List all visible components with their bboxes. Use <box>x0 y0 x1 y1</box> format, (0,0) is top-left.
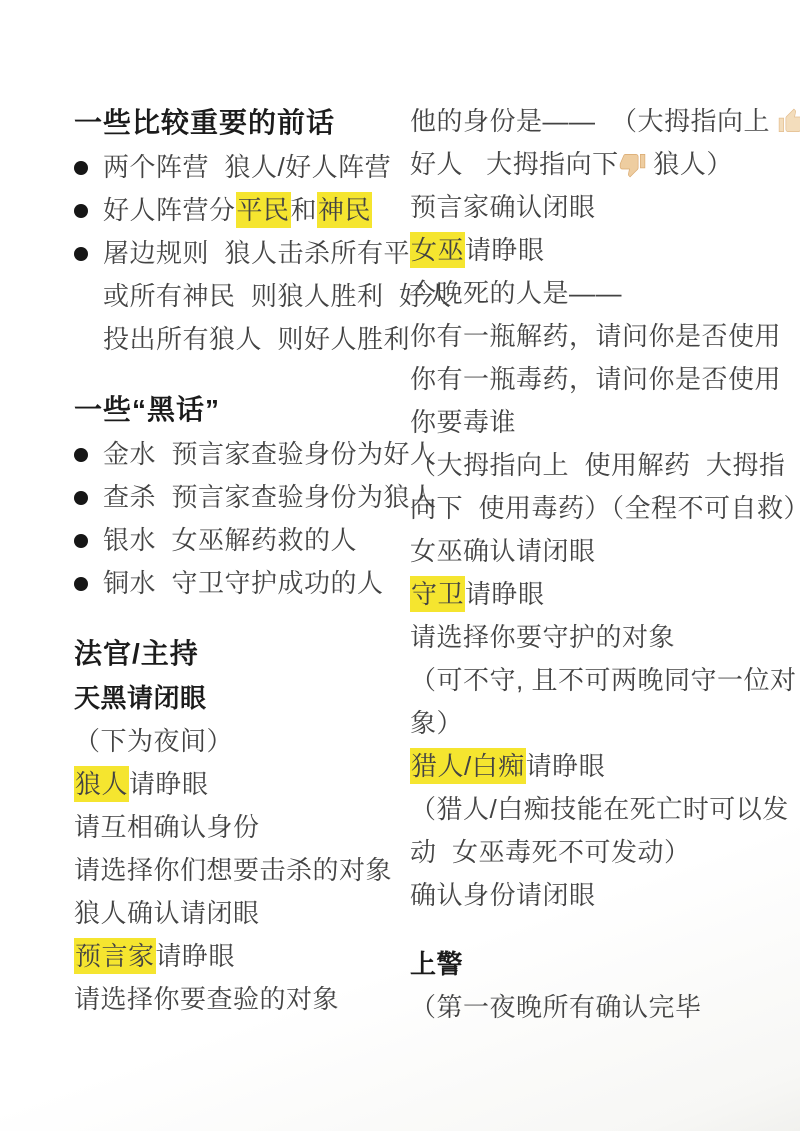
text-line: 你有一瓶解药，请问你是否使用 <box>410 315 792 358</box>
text-span: （下为夜间） <box>74 726 233 756</box>
bullet-line: 查杀 预言家查验身份为狼人 <box>74 476 410 519</box>
highlighted-text: 神民 <box>317 192 372 228</box>
highlighted-text: 女巫 <box>410 232 465 268</box>
text-line: 请选择你要守护的对象 <box>410 616 792 659</box>
werewolf-notes-page: 一些比较重要的前话两个阵营 狼人/好人阵营好人阵营分平民和神民屠边规则 狼人击杀… <box>0 0 800 1131</box>
section-gap <box>410 917 792 943</box>
text-span: 请互相确认身份 <box>74 812 260 842</box>
text-span: 银水 女巫解药救的人 <box>103 525 357 555</box>
text-line: （第一夜晚所有确认完毕 <box>410 986 792 1029</box>
text-line: 狼人确认请闭眼 <box>74 892 410 935</box>
text-span: 上警 <box>410 949 463 979</box>
text-span: 请睁眼 <box>129 769 209 799</box>
text-span: 狼人） <box>646 149 733 179</box>
highlighted-text: 猎人/白痴 <box>410 748 526 784</box>
text-span: 动 女巫毒死不可发动） <box>410 837 690 867</box>
highlighted-text: 狼人 <box>74 766 129 802</box>
text-span: （猎人/白痴技能在死亡时可以发 <box>410 794 789 824</box>
text-span: 法官/主持 <box>74 638 199 669</box>
text-span: 象） <box>410 708 463 738</box>
section-gap <box>74 361 410 387</box>
text-span: （可不守, 且不可两晚同守一位对 <box>410 665 796 695</box>
text-line: 请选择你们想要击杀的对象 <box>74 849 410 892</box>
text-span: 你要毒谁 <box>410 407 516 437</box>
bullet-line: 铜水 守卫守护成功的人 <box>74 562 410 605</box>
wrapped-line: 或所有神民 则狼人胜利 好人 <box>74 275 410 318</box>
text-line: 请选择你要查验的对象 <box>74 978 410 1021</box>
bullet-line: 屠边规则 狼人击杀所有平民 <box>74 232 410 275</box>
text-span: 确认身份请闭眼 <box>410 880 596 910</box>
text-line: 他的身份是—— （大拇指向上 <box>410 100 792 143</box>
text-line: 女巫请睁眼 <box>410 229 792 272</box>
section-heading: 法官/主持 <box>74 631 410 677</box>
text-span: 金水 预言家查验身份为好人 <box>103 439 436 469</box>
text-line: 确认身份请闭眼 <box>410 874 792 917</box>
text-span: 好人阵营分 <box>103 195 236 225</box>
text-line: 动 女巫毒死不可发动） <box>410 831 792 874</box>
text-line: 向下 使用毒药）（全程不可自救） <box>410 487 792 530</box>
text-span: 请选择你要守护的对象 <box>410 622 675 652</box>
text-span: 向下 使用毒药）（全程不可自救） <box>410 493 800 523</box>
bullet-line: 好人阵营分平民和神民 <box>74 189 410 232</box>
text-span: 屠边规则 狼人击杀所有平民 <box>103 238 436 268</box>
bullet-icon <box>74 247 88 261</box>
highlighted-text: 预言家 <box>74 938 156 974</box>
text-line: （猎人/白痴技能在死亡时可以发 <box>410 788 792 831</box>
text-span: 和 <box>291 195 318 225</box>
sub-heading: 上警 <box>410 943 792 986</box>
highlighted-text: 平民 <box>236 192 291 228</box>
text-span: 你有一瓶毒药，请问你是否使用 <box>410 364 781 394</box>
text-span: 今晚死的人是—— <box>410 278 622 308</box>
sub-heading: 天黑请闭眼 <box>74 677 410 720</box>
text-span: 请睁眼 <box>465 579 545 609</box>
text-line: 象） <box>410 702 792 745</box>
section-gap <box>74 605 410 631</box>
highlighted-text: 守卫 <box>410 576 465 612</box>
text-span: 请睁眼 <box>465 235 545 265</box>
text-line: 今晚死的人是—— <box>410 272 792 315</box>
text-line: 预言家确认闭眼 <box>410 186 792 229</box>
text-span: 请选择你要查验的对象 <box>74 984 339 1014</box>
text-line: 你要毒谁 <box>410 401 792 444</box>
text-line: 预言家请睁眼 <box>74 935 410 978</box>
text-line: （可不守, 且不可两晚同守一位对 <box>410 659 792 702</box>
thumbs-down-icon <box>619 151 646 178</box>
text-span: 女巫确认请闭眼 <box>410 536 596 566</box>
bullet-icon <box>74 577 88 591</box>
section-heading: 一些比较重要的前话 <box>74 100 410 146</box>
text-span: 请选择你们想要击杀的对象 <box>74 855 392 885</box>
text-line: （大拇指向上 使用解药 大拇指 <box>410 444 792 487</box>
text-line: 请互相确认身份 <box>74 806 410 849</box>
text-span: 请睁眼 <box>156 941 236 971</box>
bullet-line: 金水 预言家查验身份为好人 <box>74 433 410 476</box>
text-span: 请睁眼 <box>526 751 606 781</box>
bullet-icon <box>74 204 88 218</box>
text-line: 好人 大拇指向下 狼人） <box>410 143 792 186</box>
text-line: 你有一瓶毒药，请问你是否使用 <box>410 358 792 401</box>
text-span: 查杀 预言家查验身份为狼人 <box>103 482 436 512</box>
bullet-icon <box>74 491 88 505</box>
text-line: 守卫请睁眼 <box>410 573 792 616</box>
text-line: 狼人请睁眼 <box>74 763 410 806</box>
text-span: （第一夜晚所有确认完毕 <box>410 992 702 1022</box>
bullet-icon <box>74 534 88 548</box>
text-span: 一些“黑话” <box>74 394 220 425</box>
text-line: （下为夜间） <box>74 720 410 763</box>
text-span: 一些比较重要的前话 <box>74 107 335 138</box>
text-line: 猎人/白痴请睁眼 <box>410 745 792 788</box>
wrapped-line: 投出所有狼人 则好人胜利 <box>74 318 410 361</box>
thumbs-up-icon <box>778 108 800 135</box>
text-span: 狼人确认请闭眼 <box>74 898 260 928</box>
text-span: 铜水 守卫守护成功的人 <box>103 568 383 598</box>
text-span: 投出所有狼人 则好人胜利 <box>103 324 410 354</box>
text-span: 天黑请闭眼 <box>74 683 207 713</box>
bullet-icon <box>74 161 88 175</box>
text-span: 他的身份是—— （大拇指向上 <box>410 106 778 136</box>
section-heading: 一些“黑话” <box>74 387 410 433</box>
text-span: 预言家确认闭眼 <box>410 192 596 222</box>
left-column: 一些比较重要的前话两个阵营 狼人/好人阵营好人阵营分平民和神民屠边规则 狼人击杀… <box>74 100 410 1021</box>
bullet-line: 两个阵营 狼人/好人阵营 <box>74 146 410 189</box>
text-span: 两个阵营 狼人/好人阵营 <box>103 152 391 182</box>
bullet-icon <box>74 448 88 462</box>
text-span: （大拇指向上 使用解药 大拇指 <box>410 450 785 480</box>
text-span: 好人 大拇指向下 <box>410 149 619 179</box>
text-line: 女巫确认请闭眼 <box>410 530 792 573</box>
bullet-line: 银水 女巫解药救的人 <box>74 519 410 562</box>
text-span: 或所有神民 则狼人胜利 好人 <box>103 281 452 311</box>
text-span: 你有一瓶解药，请问你是否使用 <box>410 321 781 351</box>
right-column: 他的身份是—— （大拇指向上 好人 大拇指向下 狼人）预言家确认闭眼女巫请睁眼今… <box>410 100 792 1029</box>
